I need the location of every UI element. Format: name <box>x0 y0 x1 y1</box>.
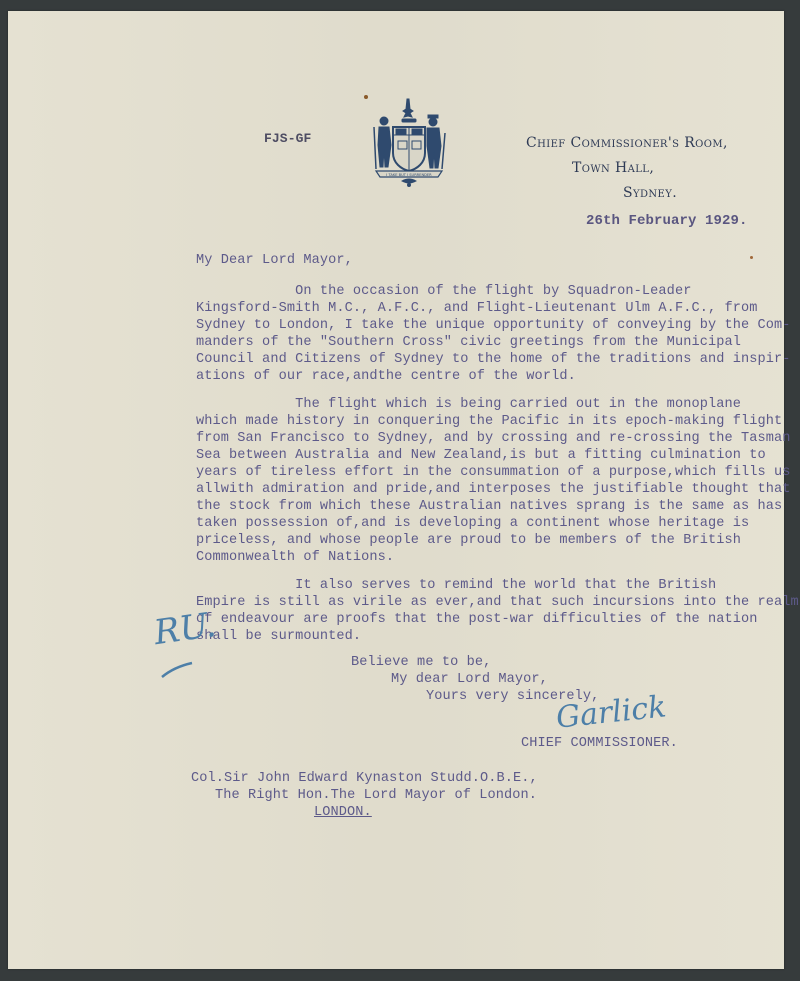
addressee-line-1: Col.Sir John Edward Kynaston Studd.O.B.E… <box>191 771 538 786</box>
margin-initials: RU. <box>152 605 219 653</box>
body-line: Sydney to London, I take the unique oppo… <box>196 317 791 334</box>
closing-line-1: Believe me to be, <box>351 655 491 670</box>
body-line: taken possession of,and is developing a … <box>196 515 749 532</box>
body-line: Empire is still as virile as ever,and th… <box>196 594 799 611</box>
body-line: Kingsford-Smith M.C., A.F.C., and Flight… <box>196 300 758 317</box>
salutation: My Dear Lord Mayor, <box>196 253 353 268</box>
body-line: the stock from which these Australian na… <box>196 498 782 515</box>
body-line: manders of the "Southern Cross" civic gr… <box>196 334 741 351</box>
body-line: years of tireless effort in the consumma… <box>196 464 791 481</box>
body-line: which made history in conquering the Pac… <box>196 413 782 430</box>
margin-flourish-icon <box>160 661 196 681</box>
body-line: Council and Citizens of Sydney to the ho… <box>196 351 791 368</box>
paper-stain <box>364 95 368 99</box>
letterhead-address-line-2: Town Hall, <box>572 160 654 176</box>
crest-motto: I TAKE BUT I SURRENDER <box>386 173 432 177</box>
closing-line-2: My dear Lord Mayor, <box>391 672 548 687</box>
addressee-line-3: LONDON. <box>314 805 372 820</box>
letterhead-address-line-1: Chief Commissioner's Room, <box>526 135 728 151</box>
body-line: from San Francisco to Sydney, and by cro… <box>196 430 791 447</box>
city-of-sydney-coat-of-arms-icon: I TAKE BUT I SURRENDER <box>366 97 452 187</box>
letterhead-address-line-3: Sydney. <box>623 185 677 201</box>
body-line: ations of our race,andthe centre of the … <box>196 368 576 385</box>
body-line: Commonwealth of Nations. <box>196 549 394 566</box>
body-line: The flight which is being carried out in… <box>196 396 741 413</box>
letter-date: 26th February 1929. <box>586 213 748 229</box>
signatory-title: CHIEF COMMISSIONER. <box>521 736 678 751</box>
letter-page: FJS-GF I TAKE BUT <box>8 11 784 969</box>
body-line: allwith admiration and pride,and interpo… <box>196 481 791 498</box>
body-line: of endeavour are proofs that the post-wa… <box>196 611 758 628</box>
body-line: priceless, and whose people are proud to… <box>196 532 741 549</box>
body-line: On the occasion of the flight by Squadro… <box>196 283 691 300</box>
body-line: It also serves to remind the world that … <box>196 577 716 594</box>
body-line: Sea between Australia and New Zealand,is… <box>196 447 766 464</box>
paper-stain <box>750 256 753 259</box>
reference-code: FJS-GF <box>264 131 311 146</box>
addressee-line-2: The Right Hon.The Lord Mayor of London. <box>215 788 537 803</box>
body-line: shall be surmounted. <box>196 628 361 645</box>
